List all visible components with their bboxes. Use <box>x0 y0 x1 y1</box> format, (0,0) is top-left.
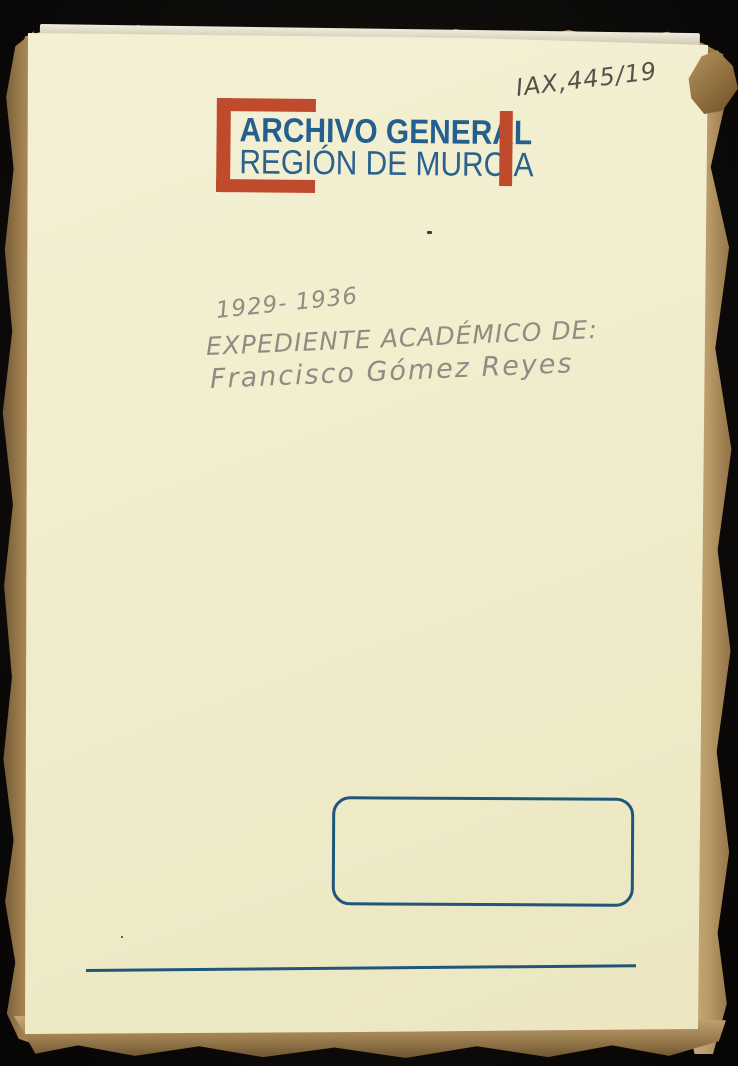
paper-speck <box>121 936 123 938</box>
archive-logo: ARCHIVO GENERAL REGIÓN DE MURCIA <box>216 96 517 199</box>
logo-bracket-top-icon <box>217 98 316 112</box>
logo-bracket-icon <box>216 98 231 192</box>
reference-code-handwriting: IAX,445/19 <box>514 57 658 102</box>
folder-cover-page: ARCHIVO GENERAL REGIÓN DE MURCIA IAX,445… <box>0 0 738 1066</box>
logo-bar-icon <box>499 111 513 186</box>
paper-speck <box>427 231 432 234</box>
archive-region: REGIÓN DE MURCIA <box>239 145 534 182</box>
label-box <box>332 796 635 907</box>
photo-scene: ARCHIVO GENERAL REGIÓN DE MURCIA IAX,445… <box>0 0 738 1066</box>
handwritten-dates: 1929- 1936 <box>215 283 360 324</box>
footer-rule <box>86 964 636 972</box>
